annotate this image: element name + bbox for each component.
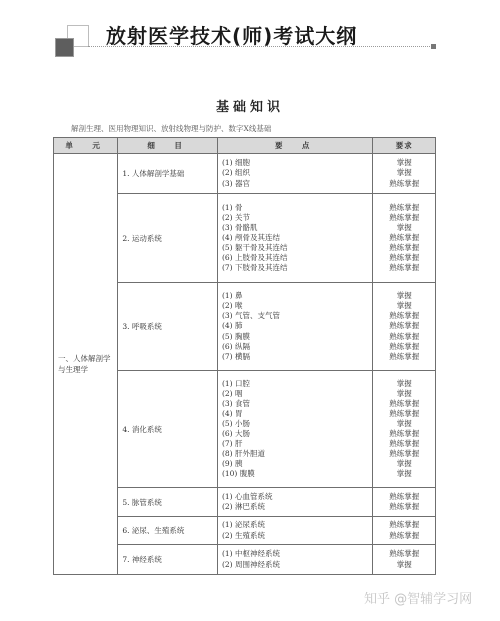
requirements-cell: 熟练掌握 熟练掌握 (373, 517, 436, 545)
detail-cell: 3. 呼吸系统 (118, 283, 218, 371)
point-item: (7) 横膈 (222, 352, 368, 362)
requirement-item: 掌握 (377, 389, 431, 399)
requirement-item: 熟练掌握 (377, 449, 431, 459)
point-item: (3) 食管 (222, 399, 368, 409)
point-item: (1) 细胞 (222, 158, 368, 168)
requirement-item: 熟练掌握 (377, 233, 431, 243)
unit-cell: 一、人体解剖学与生理学 (54, 154, 118, 575)
point-item: (5) 小肠 (222, 419, 368, 429)
requirement-item: 掌握 (377, 168, 431, 178)
requirement-item: 熟练掌握 (377, 492, 431, 502)
requirement-item: 掌握 (377, 223, 431, 233)
point-item: (4) 肺 (222, 321, 368, 331)
table-row: 一、人体解剖学与生理学 1. 人体解剖学基础 (1) 细胞 (2) 组织 (3)… (54, 154, 436, 194)
point-item: (1) 鼻 (222, 291, 368, 301)
requirement-item: 熟练掌握 (377, 311, 431, 321)
requirement-item: 熟练掌握 (377, 502, 431, 512)
point-item: (3) 骨骼肌 (222, 223, 368, 233)
requirement-item: 熟练掌握 (377, 203, 431, 213)
requirement-item: 熟练掌握 (377, 352, 431, 362)
point-item: (6) 上肢骨及其连结 (222, 253, 368, 263)
point-item: (2) 周围神经系统 (222, 560, 368, 570)
requirement-item: 熟练掌握 (377, 549, 431, 559)
point-item: (4) 颅骨及其连结 (222, 233, 368, 243)
requirement-item: 熟练掌握 (377, 179, 431, 189)
points-cell: (1) 中枢神经系统 (2) 周围神经系统 (217, 545, 372, 575)
requirement-item: 掌握 (377, 379, 431, 389)
section-subtitle: 解剖生理、医用物理知识、放射线物理与防护、数字X线基础 (71, 123, 271, 134)
column-header-unit: 单 元 (54, 138, 118, 154)
requirement-item: 掌握 (377, 469, 431, 479)
point-item: (3) 器官 (222, 179, 368, 189)
requirement-item: 熟练掌握 (377, 409, 431, 419)
point-item: (6) 大肠 (222, 429, 368, 439)
points-cell: (1) 细胞 (2) 组织 (3) 器官 (217, 154, 372, 194)
detail-cell: 2. 运动系统 (118, 194, 218, 283)
points-cell: (1) 鼻 (2) 喉 (3) 气管、支气管 (4) 肺 (5) 胸膜 (6) … (217, 283, 372, 371)
point-item: (2) 关节 (222, 213, 368, 223)
points-cell: (1) 口腔 (2) 咽 (3) 食管 (4) 胃 (5) 小肠 (6) 大肠 … (217, 371, 372, 488)
requirement-item: 掌握 (377, 419, 431, 429)
section-title: 基础知识 (0, 96, 500, 115)
syllabus-table: 单 元 细 目 要 点 要求 一、人体解剖学与生理学 1. 人体解剖学基础 (1… (53, 137, 436, 575)
requirement-item: 熟练掌握 (377, 342, 431, 352)
point-item: (1) 骨 (222, 203, 368, 213)
column-header-points: 要 点 (217, 138, 372, 154)
requirements-cell: 熟练掌握 熟练掌握 掌握 熟练掌握 熟练掌握 熟练掌握 熟练掌握 (373, 194, 436, 283)
point-item: (8) 肝外胆道 (222, 449, 368, 459)
detail-cell: 1. 人体解剖学基础 (118, 154, 218, 194)
point-item: (6) 纵隔 (222, 342, 368, 352)
detail-cell: 5. 脉管系统 (118, 488, 218, 517)
requirement-item: 熟练掌握 (377, 321, 431, 331)
requirements-cell: 掌握 掌握 熟练掌握 熟练掌握 掌握 熟练掌握 熟练掌握 熟练掌握 掌握 掌握 (373, 371, 436, 488)
point-item: (9) 胰 (222, 459, 368, 469)
point-item: (1) 中枢神经系统 (222, 549, 368, 559)
requirement-item: 掌握 (377, 158, 431, 168)
requirement-item: 熟练掌握 (377, 520, 431, 530)
requirement-item: 熟练掌握 (377, 429, 431, 439)
point-item: (3) 气管、支气管 (222, 311, 368, 321)
detail-cell: 6. 泌尿、生殖系统 (118, 517, 218, 545)
detail-cell: 7. 神经系统 (118, 545, 218, 575)
requirements-cell: 熟练掌握 熟练掌握 (373, 488, 436, 517)
rule-end-dot-icon (431, 44, 436, 49)
requirement-item: 掌握 (377, 560, 431, 570)
requirement-item: 掌握 (377, 301, 431, 311)
column-header-requirement: 要求 (373, 138, 436, 154)
requirement-item: 熟练掌握 (377, 332, 431, 342)
point-item: (2) 组织 (222, 168, 368, 178)
filled-square-icon (55, 38, 74, 57)
point-item: (2) 咽 (222, 389, 368, 399)
requirements-cell: 掌握 掌握 熟练掌握 熟练掌握 熟练掌握 熟练掌握 熟练掌握 (373, 283, 436, 371)
point-item: (2) 生殖系统 (222, 531, 368, 541)
detail-cell: 4. 消化系统 (118, 371, 218, 488)
requirement-item: 熟练掌握 (377, 439, 431, 449)
requirements-cell: 掌握 掌握 熟练掌握 (373, 154, 436, 194)
point-item: (2) 淋巴系统 (222, 502, 368, 512)
point-item: (2) 喉 (222, 301, 368, 311)
requirement-item: 熟练掌握 (377, 263, 431, 273)
point-item: (5) 胸膜 (222, 332, 368, 342)
requirement-item: 熟练掌握 (377, 253, 431, 263)
point-item: (4) 胃 (222, 409, 368, 419)
point-item: (10) 腹膜 (222, 469, 368, 479)
point-item: (5) 躯干骨及其连结 (222, 243, 368, 253)
requirement-item: 掌握 (377, 459, 431, 469)
point-item: (1) 泌尿系统 (222, 520, 368, 530)
point-item: (1) 口腔 (222, 379, 368, 389)
document-title: 放射医学技术(师)考试大纲 (106, 20, 357, 49)
requirement-item: 熟练掌握 (377, 531, 431, 541)
requirement-item: 熟练掌握 (377, 399, 431, 409)
requirements-cell: 熟练掌握 掌握 (373, 545, 436, 575)
point-item: (7) 下肢骨及其连结 (222, 263, 368, 273)
requirement-item: 熟练掌握 (377, 243, 431, 253)
watermark: 知乎 @智辅学习网 (364, 588, 472, 607)
point-item: (1) 心血管系统 (222, 492, 368, 502)
points-cell: (1) 骨 (2) 关节 (3) 骨骼肌 (4) 颅骨及其连结 (5) 躯干骨及… (217, 194, 372, 283)
points-cell: (1) 泌尿系统 (2) 生殖系统 (217, 517, 372, 545)
requirement-item: 熟练掌握 (377, 213, 431, 223)
table-header-row: 单 元 细 目 要 点 要求 (54, 138, 436, 154)
points-cell: (1) 心血管系统 (2) 淋巴系统 (217, 488, 372, 517)
column-header-detail: 细 目 (118, 138, 218, 154)
requirement-item: 掌握 (377, 291, 431, 301)
point-item: (7) 肝 (222, 439, 368, 449)
